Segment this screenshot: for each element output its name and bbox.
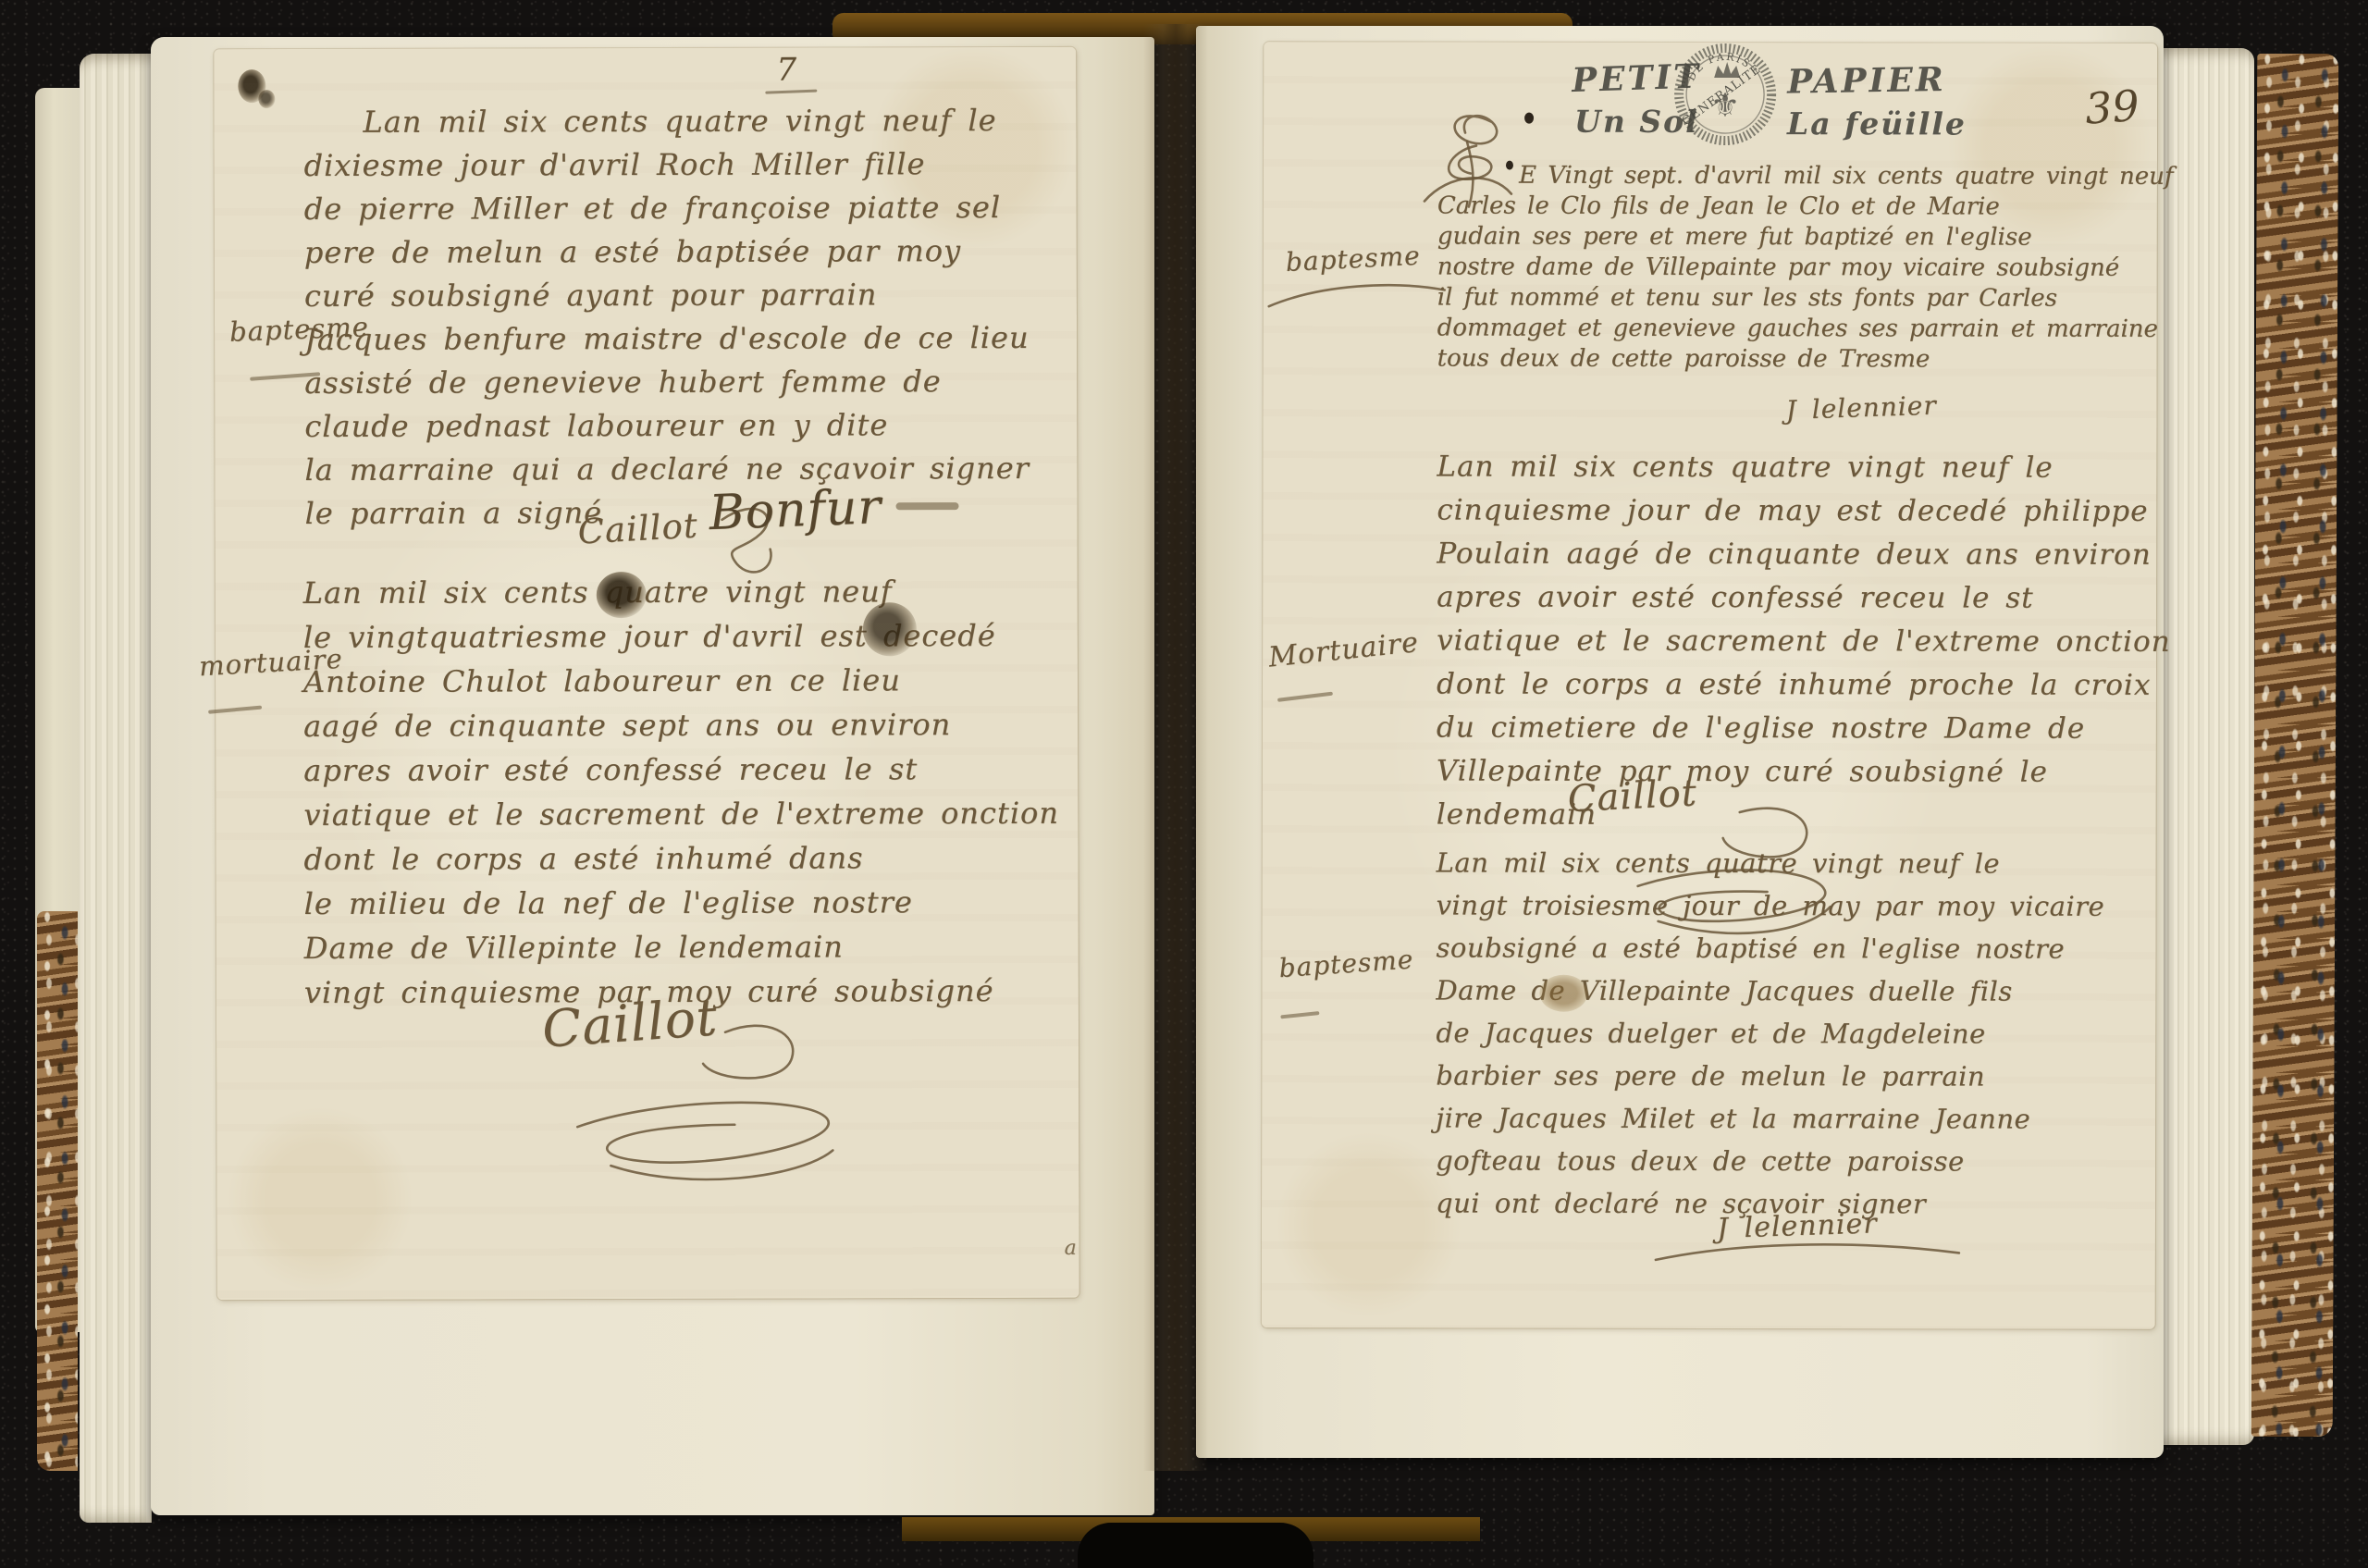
left-page-stack-edge [80,54,152,1523]
manuscript-line: il fut nommé et tenu sur les sts fonts p… [1437,282,2150,314]
page-number: 39 [2083,80,2140,134]
manuscript-line: Lan mil six cents quatre vingt neuf le [363,99,1069,144]
manuscript-line: Poulain aagé de cinquante deux ans envir… [1437,532,2167,576]
manuscript-line: la marraine qui a declaré ne sçavoir sig… [304,447,1070,492]
manuscript-line: Dame de Villepinte le lendemain [304,924,1078,970]
paper-stain [1539,975,1587,1012]
manuscript-line: aagé de cinquante sept ans ou environ [303,702,1077,748]
manuscript-line: de pierre Miller et de françoise piatte … [304,186,1070,231]
manuscript-line: le vingtquatriesme jour d'avril est dece… [303,613,1077,660]
manuscript-line: Lan mil six cents quatre vingt neuf [303,569,1077,615]
manuscript-line: du cimetiere de l'eglise nostre Dame de [1437,706,2167,750]
right-manuscript-sheet: PETIT PAPIER Un Sol La feüille DE PARIS … [1262,42,2157,1329]
manuscript-line: barbier ses pere de melun le parrain [1436,1054,2176,1097]
margin-note-dash [1277,692,1333,702]
manuscript-line: apres avoir esté confessé receu le st [303,747,1077,793]
burial-entry-text: Lan mil six cents quatre vingt neuf leci… [1437,445,2168,837]
open-parish-register-photo: 7 baptesme Lan mil six cents quatre ving… [0,0,2368,1568]
margin-note-dash [208,706,262,714]
left-manuscript-sheet: 7 baptesme Lan mil six cents quatre ving… [214,47,1079,1300]
manuscript-line: E Vingt sept. d'avril mil six cents quat… [1519,161,2150,192]
ink-dot [1524,113,1534,124]
stamp-value-la-feuille: La feüille [1787,105,1967,142]
manuscript-line: le milieu de la nef de l'eglise nostre [304,880,1078,926]
manuscript-line: viatique et le sacrement de l'extreme on… [1437,619,2167,663]
ink-blot [258,90,275,108]
signature-caillot: Caillot [577,505,699,551]
manuscript-line: nostre dame de Villepainte par moy vicai… [1437,252,2150,283]
manuscript-line: Jacques benfure maistre d'escole de ce l… [304,316,1070,362]
manuscript-line: tous deux de cette paroisse de Tresme [1437,343,2150,375]
manuscript-line: dixiesme jour d'avril Roch Miller fille [304,142,1070,188]
margin-note-baptism-2: baptesme [1278,944,1415,983]
left-marbled-cover-strip [37,911,78,1471]
signature-end-stroke [896,502,959,510]
manuscript-line: Carles le Clo fils de Jean le Clo et de … [1437,191,2150,222]
signature-lelennier-2: J lelennier [1716,1207,1878,1245]
signature-caillot-large: Caillot [540,987,720,1059]
baptism-entry-text: E Vingt sept. d'avril mil six cents quat… [1437,160,2150,375]
stamp-word-papier: PAPIER [1787,60,1946,102]
right-marbled-cover-strip [2251,54,2339,1437]
manuscript-line: curé soubsigné ayant pour parrain [304,273,1070,318]
manuscript-line: Villepainte par moy curé soubsigné le [1437,749,2167,794]
ink-blot-overwrite [597,572,647,618]
manuscript-line: gudain ses pere et mere fut baptizé en l… [1437,221,2150,253]
manuscript-line: viatique et le sacrement de l'extreme on… [303,791,1077,837]
manuscript-line: lendemain [1437,793,2167,837]
manuscript-line: soubsigné a esté baptisé en l'eglise nos… [1436,926,2176,969]
margin-note-baptism: baptesme [1285,241,1421,278]
manuscript-line: Antoine Chulot laboureur en ce lieu [303,658,1077,704]
manuscript-line: pere de melun a esté baptisée par moy [304,229,1070,275]
baptism-entry-2-text: Lan mil six cents quatre vingt neuf levi… [1436,841,2177,1225]
margin-note-dash [1280,1011,1319,1019]
manuscript-line: dont le corps a esté inhumé proche la cr… [1437,662,2167,707]
signature-lelennier: J lelennier [1785,390,1937,426]
manuscript-line: gofteau tous deux de cette paroisse [1436,1139,2176,1182]
manuscript-line: claude pednast laboureur en y dite [304,403,1070,449]
manuscript-line: Lan mil six cents quatre vingt neuf le [1437,841,2177,884]
signature-bonfur: Bonfur [708,479,882,541]
manuscript-line: vingt troisiesme jour de may par moy vic… [1437,883,2177,927]
manuscript-line: Lan mil six cents quatre vingt neuf le [1437,445,2167,489]
manuscript-line: assisté de genevieve hubert femme de [304,360,1070,405]
folio-underline [765,90,817,94]
manuscript-line: apres avoir esté confessé receu le st [1437,575,2167,620]
fleur-de-lis-icon: ⚜ [1710,87,1740,125]
baptism-entry-text: Lan mil six cents quatre vingt neuf ledi… [303,99,1070,536]
signature-caillot: Caillot [1567,772,1698,821]
corner-mark: a [1065,1237,1078,1260]
margin-note-burial: Mortuaire [1267,626,1421,674]
folio-mark: 7 [776,52,797,89]
bottom-binding-gap [1078,1523,1313,1568]
manuscript-line: jire Jacques Milet et la marraine Jeanne [1436,1096,2176,1140]
manuscript-line: dommaget et genevieve gauches ses parrai… [1437,313,2150,344]
right-page-stack-edge [2164,48,2254,1445]
ink-blot-smudge [863,602,917,656]
generalite-seal: DE PARIS GENERALITE ⚜ [1671,37,1780,154]
margin-underline-sweep [1265,275,1450,312]
burial-entry-text: Lan mil six cents quatre vingt neufle vi… [303,569,1078,1015]
manuscript-line: cinquiesme jour de may est decedé philip… [1437,488,2167,533]
manuscript-line: de Jacques duelger et de Magdeleine [1436,1011,2176,1055]
manuscript-line: dont le corps a esté inhumé dans [303,835,1077,882]
